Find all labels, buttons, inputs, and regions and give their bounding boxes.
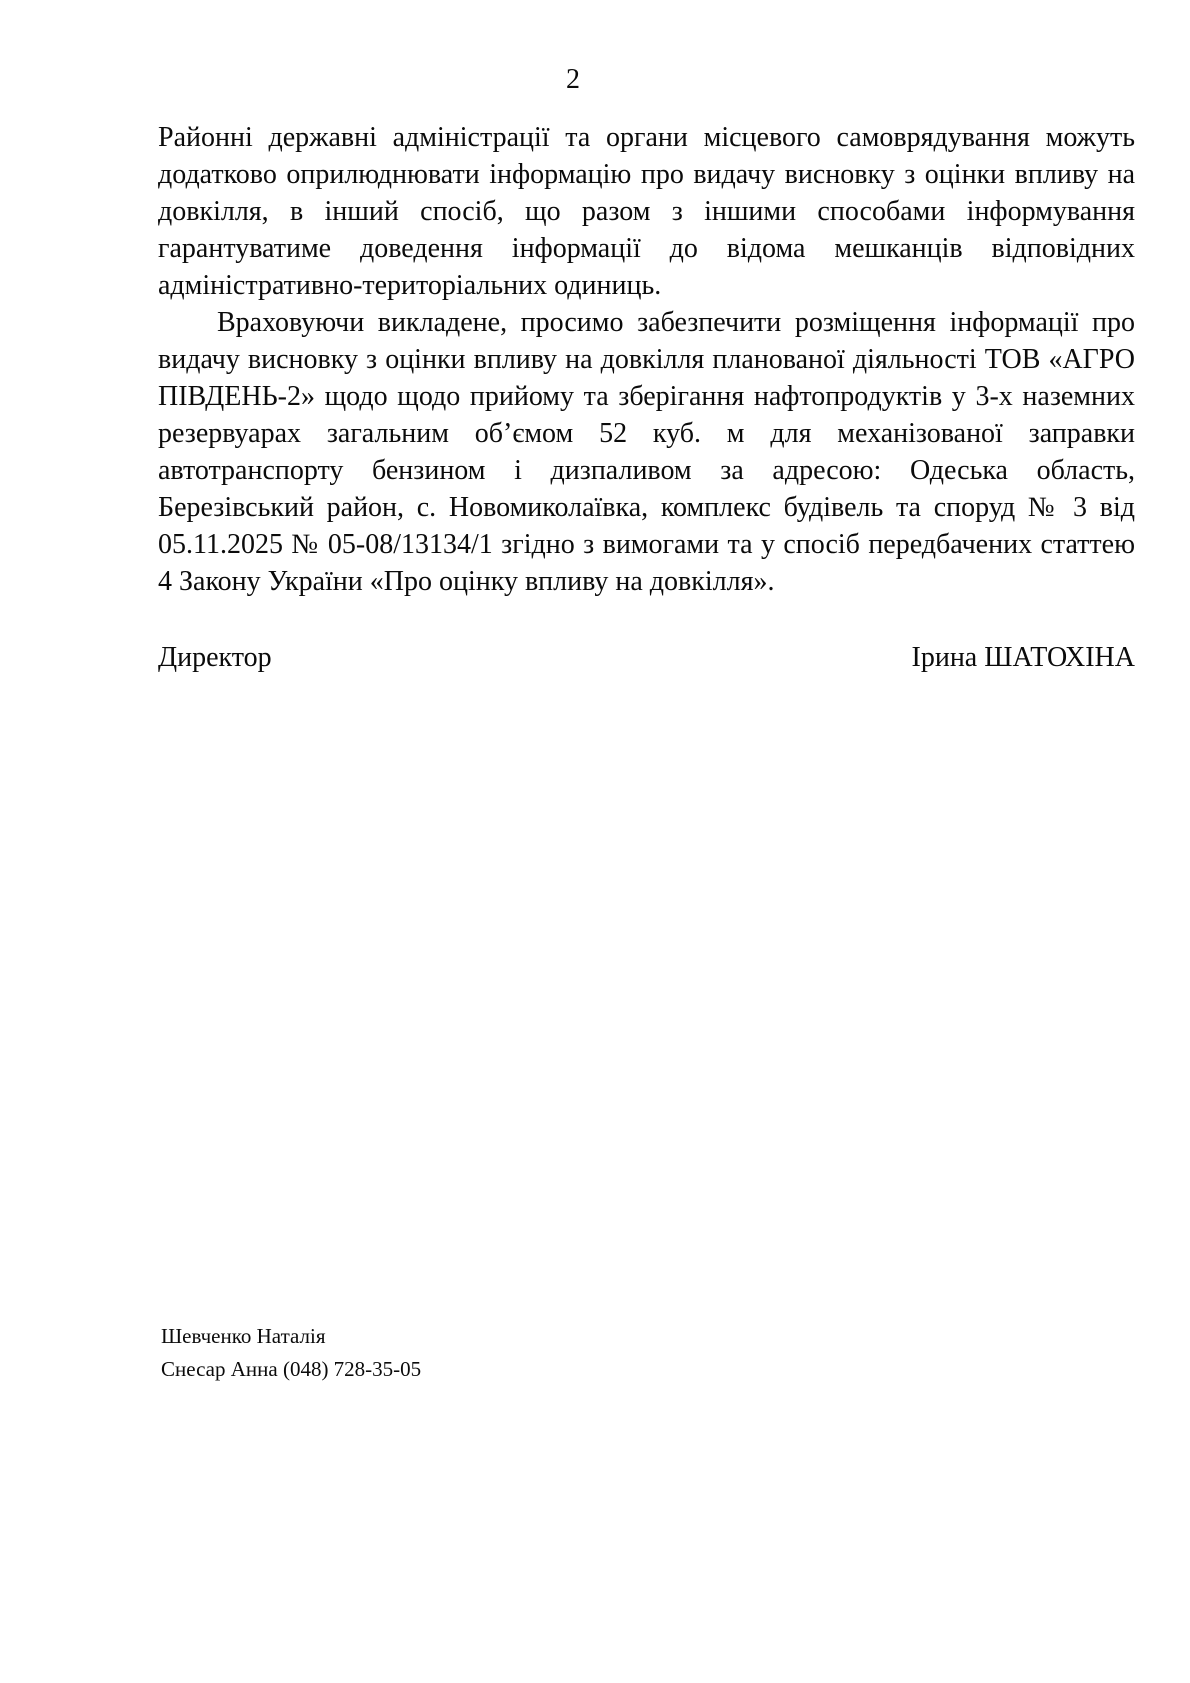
signature-name: Ірина ШАТОХІНА bbox=[912, 641, 1135, 675]
executor-phone: Снесар Анна (048) 728-35-05 bbox=[161, 1353, 421, 1386]
letter-body: Районні державні адміністрації та органи… bbox=[158, 119, 1135, 600]
page-number: 2 bbox=[0, 64, 1146, 96]
signature-title: Директор bbox=[158, 641, 272, 675]
executor-name: Шевченко Наталія bbox=[161, 1320, 421, 1353]
signature-row: Директор Ірина ШАТОХІНА bbox=[158, 641, 1135, 675]
paragraph-public-info: Районні державні адміністрації та органи… bbox=[158, 119, 1135, 304]
document-page: 2 Районні державні адміністрації та орга… bbox=[0, 0, 1190, 1683]
paragraph-request: Враховуючи викладене, просимо забезпечит… bbox=[158, 304, 1135, 600]
executor-contacts: Шевченко Наталія Снесар Анна (048) 728-3… bbox=[161, 1320, 421, 1386]
